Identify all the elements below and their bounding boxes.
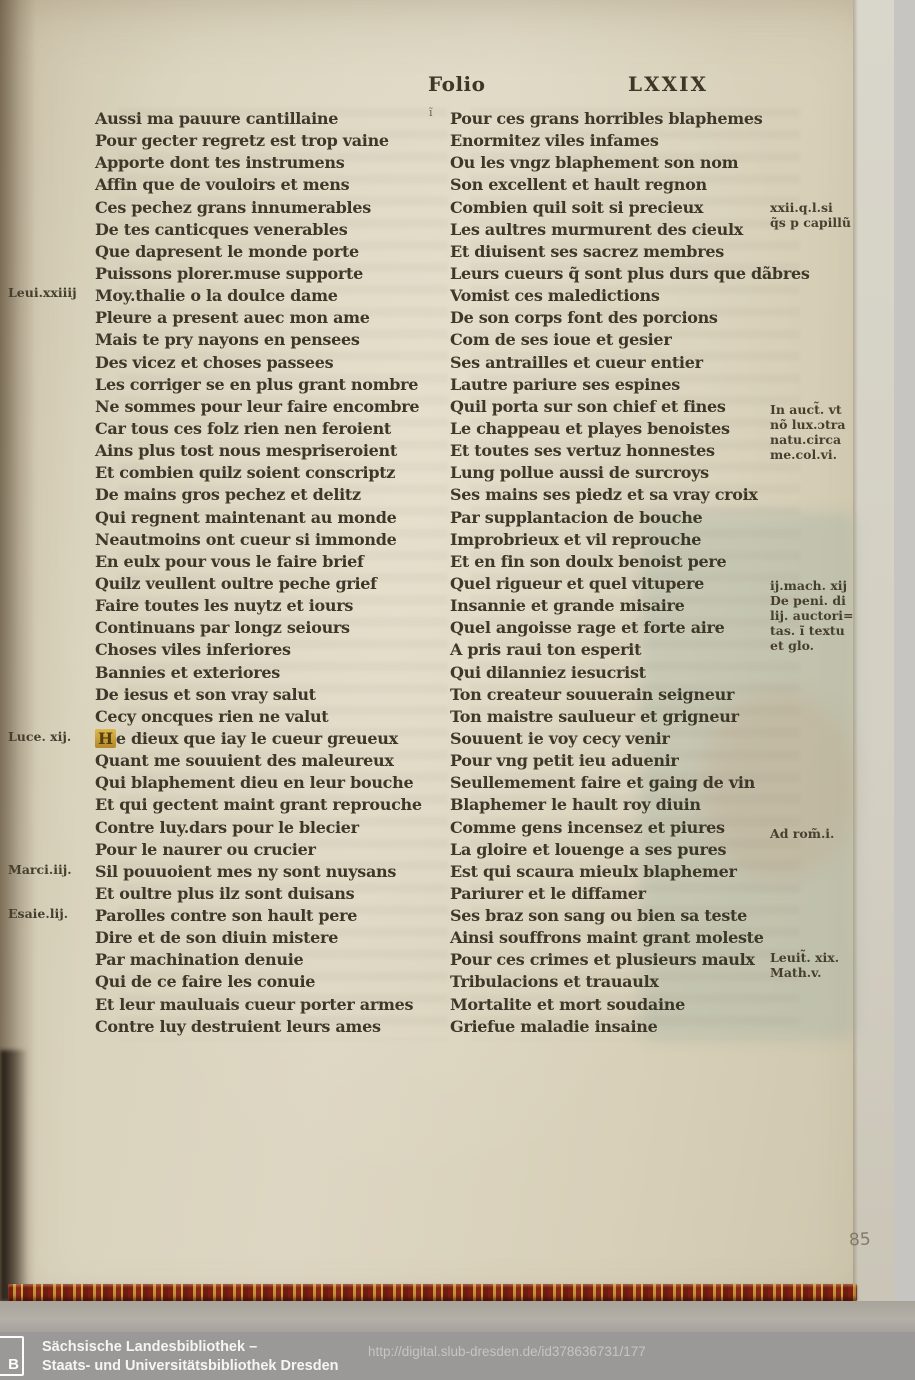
note-line: nõ lux.ɔtra [770, 417, 860, 432]
margin-note-isaiah: Esaie.lij. [8, 906, 94, 921]
note-line: ij.mach. xij [770, 578, 860, 593]
margin-note-maccabees: ij.mach. xijDe peni. dilij. auctori=tas.… [770, 578, 860, 653]
folio-label: Folio [428, 72, 485, 96]
verse-line: Ne sommes pour leur faire encombre [95, 396, 440, 418]
verse-line: Et qui gectent maint grant reprouche [95, 794, 440, 816]
verse-line: Pour gecter regretz est trop vaine [95, 130, 440, 152]
note-line: Ad rom̃.i. [770, 826, 860, 841]
margin-note-authenticum: In auct̃. vtnõ lux.ɔtranatu.circame.col.… [770, 402, 860, 462]
verse-line: Et toutes ses vertuz honnestes [450, 440, 795, 462]
verse-line: Quel angoisse rage et forte aire [450, 617, 795, 639]
table-background-strip [0, 1301, 915, 1332]
verse-line: Dire et de son diuin mistere [95, 927, 440, 949]
note-line: De peni. di [770, 593, 860, 608]
verse-line: En eulx pour vous le faire brief [95, 551, 440, 573]
verse-line: Ainsi souffrons maint grant moleste [450, 927, 795, 949]
verse-line: Faire toutes les nuytz et iours [95, 595, 440, 617]
note-line: me.col.vi. [770, 447, 860, 462]
verse-line: Pariurer et le diffamer [450, 883, 795, 905]
verse-line: Qui blaphement dieu en leur bouche [95, 772, 440, 794]
library-footer-bar: B Sächsische Landesbibliothek – Staats- … [0, 1332, 915, 1380]
margin-note-leviticus: Leui.xxiiij [8, 285, 94, 300]
verse-line: Apporte dont tes instrumens [95, 152, 440, 174]
verse-line: Ains plus tost nous mespriseroient [95, 440, 440, 462]
verse-line: Quilz veullent oultre peche grief [95, 573, 440, 595]
verse-line: Ton maistre saulueur et grigneur [450, 706, 795, 728]
verse-line: Tribulacions et trauaulx [450, 971, 795, 993]
verse-line: A pris raui ton esperit [450, 639, 795, 661]
verse-line: Souuent ie voy cecy venir [450, 728, 795, 750]
verse-line: Combien quil soit si precieux [450, 197, 795, 219]
verse-line: Et oultre plus ilz sont duisans [95, 883, 440, 905]
verse-line: Comme gens incensez et piures [450, 817, 795, 839]
text-column-right: Pour ces grans horribles blaphemesEnormi… [450, 108, 795, 1038]
verse-line: Affin que de vouloirs et mens [95, 174, 440, 196]
gilt-edge-band [8, 1284, 857, 1301]
margin-note-canon-law: xxii.q.l.siq̃s p capillũ [770, 200, 860, 230]
verse-line: Ou les vngz blaphement son nom [450, 152, 795, 174]
verse-line: Par machination denuie [95, 949, 440, 971]
verse-line: Neautmoins ont cueur si immonde [95, 529, 440, 551]
slub-logo: B [0, 1336, 24, 1376]
verse-line: Mais te pry nayons en pensees [95, 329, 440, 351]
verse-line: Pour le naurer ou crucier [95, 839, 440, 861]
verse-line: Lautre pariure ses espines [450, 374, 795, 396]
verse-line: Car tous ces folz rien nen feroient [95, 418, 440, 440]
verse-line: Improbrieux et vil reprouche [450, 529, 795, 551]
text-column-left: Aussi ma pauure cantillainePour gecter r… [95, 108, 440, 1038]
verse-line: Et en fin son doulx benoist pere [450, 551, 795, 573]
verse-line: He dieux que iay le cueur greueux [95, 728, 440, 750]
verse-line: Ses mains ses piedz et sa vray croix [450, 484, 795, 506]
verse-line: Lung pollue aussi de surcroys [450, 462, 795, 484]
verse-line: Qui regnent maintenant au monde [95, 507, 440, 529]
scanned-book-page-photo: Folio LXXIX ĩ Aussi ma pauure cantillain… [0, 0, 915, 1380]
note-line: lij. auctori= [770, 608, 860, 623]
verse-line: Seullemement faire et gaing de vin [450, 772, 795, 794]
verse-line: Aussi ma pauure cantillaine [95, 108, 440, 130]
verse-line: Ses antrailles et cueur entier [450, 352, 795, 374]
note-line: xxii.q.l.si [770, 200, 860, 215]
verse-line: Griefue maladie insaine [450, 1016, 795, 1038]
verse-line: Ton createur souuerain seigneur [450, 684, 795, 706]
library-name-line2: Staats- und Universitätsbibliothek Dresd… [42, 1357, 339, 1376]
pencil-page-number: 85 [848, 1229, 871, 1250]
verse-line: Pour vng petit ieu aduenir [450, 750, 795, 772]
verse-line: Et leur mauluais cueur porter armes [95, 994, 440, 1016]
verse-line: La gloire et louenge a ses pures [450, 839, 795, 861]
verse-line: Est qui scaura mieulx blaphemer [450, 861, 795, 883]
verse-line: Mortalite et mort soudaine [450, 994, 795, 1016]
verse-line: Son excellent et hault regnon [450, 174, 795, 196]
verse-line: Qui dilanniez iesucrist [450, 662, 795, 684]
margin-note-leviticus-matthew: Leuit̃. xix.Math.v. [770, 950, 860, 980]
library-name-line1: Sächsische Landesbibliothek – [42, 1338, 339, 1357]
verse-line: Contre luy.dars pour le blecier [95, 817, 440, 839]
verse-line: Continuans par longz seiours [95, 617, 440, 639]
verse-line: Ses braz son sang ou bien sa teste [450, 905, 795, 927]
verse-line: Com de ses ioue et gesier [450, 329, 795, 351]
note-line: In auct̃. vt [770, 402, 860, 417]
verse-line: De son corps font des porcions [450, 307, 795, 329]
verse-line: Cecy oncques rien ne valut [95, 706, 440, 728]
verse-line: Pleure a present auec mon ame [95, 307, 440, 329]
verse-line: Et diuisent ses sacrez membres [450, 241, 795, 263]
note-line: et glo. [770, 638, 860, 653]
verse-line: Quant me souuient des maleureux [95, 750, 440, 772]
verse-line: Les corriger se en plus grant nombre [95, 374, 440, 396]
verse-line: Sil pouuoient mes ny sont nuysans [95, 861, 440, 883]
margin-note-mark: Marci.iij. [8, 862, 94, 877]
book-page: Folio LXXIX ĩ Aussi ma pauure cantillain… [0, 0, 893, 1332]
verse-line: Leurs cueurs q̃ sont plus durs que dãbre… [450, 263, 795, 285]
verse-line: Que dapresent le monde porte [95, 241, 440, 263]
note-line: natu.circa [770, 432, 860, 447]
verse-line: De tes canticques venerables [95, 219, 440, 241]
verse-line: Bannies et exteriores [95, 662, 440, 684]
note-line: Math.v. [770, 965, 860, 980]
verse-line: Quil porta sur son chief et fines [450, 396, 795, 418]
library-name: Sächsische Landesbibliothek – Staats- un… [42, 1338, 339, 1376]
note-line: q̃s p capillũ [770, 215, 860, 230]
verse-line: Pour ces crimes et plusieurs maulx [450, 949, 795, 971]
verse-line: Des vicez et choses passees [95, 352, 440, 374]
verse-line: Le chappeau et playes benoistes [450, 418, 795, 440]
verse-line: Les aultres murmurent des cieulx [450, 219, 795, 241]
digital-collection-url: http://digital.slub-dresden.de/id3786367… [368, 1344, 646, 1359]
verse-line: Vomist ces maledictions [450, 285, 795, 307]
margin-note-luke: Luce. xij. [8, 729, 94, 744]
verse-line: Moy.thalie o la doulce dame [95, 285, 440, 307]
verse-line: Choses viles inferiores [95, 639, 440, 661]
verse-line: Blaphemer le hault roy diuin [450, 794, 795, 816]
folio-number: LXXIX [628, 72, 708, 96]
book-gutter-dark-corner [0, 1050, 28, 1302]
margin-note-romans: Ad rom̃.i. [770, 826, 860, 841]
verse-line: De mains gros pechez et delitz [95, 484, 440, 506]
verse-line: Quel rigueur et quel vitupere [450, 573, 795, 595]
verse-line: Contre luy destruient leurs ames [95, 1016, 440, 1038]
verse-line: Par supplantacion de bouche [450, 507, 795, 529]
verse-line: Qui de ce faire les conuie [95, 971, 440, 993]
verse-line: Ces pechez grans innumerables [95, 197, 440, 219]
verse-line: Parolles contre son hault pere [95, 905, 440, 927]
verse-line: Insannie et grande misaire [450, 595, 795, 617]
verse-line: Pour ces grans horribles blaphemes [450, 108, 795, 130]
verse-line: Enormitez viles infames [450, 130, 795, 152]
verse-line: Puissons plorer.muse supporte [95, 263, 440, 285]
note-line: Leuit̃. xix. [770, 950, 860, 965]
verse-line: Et combien quilz soient conscriptz [95, 462, 440, 484]
verse-line: De iesus et son vray salut [95, 684, 440, 706]
note-line: tas. ĩ textu [770, 623, 860, 638]
